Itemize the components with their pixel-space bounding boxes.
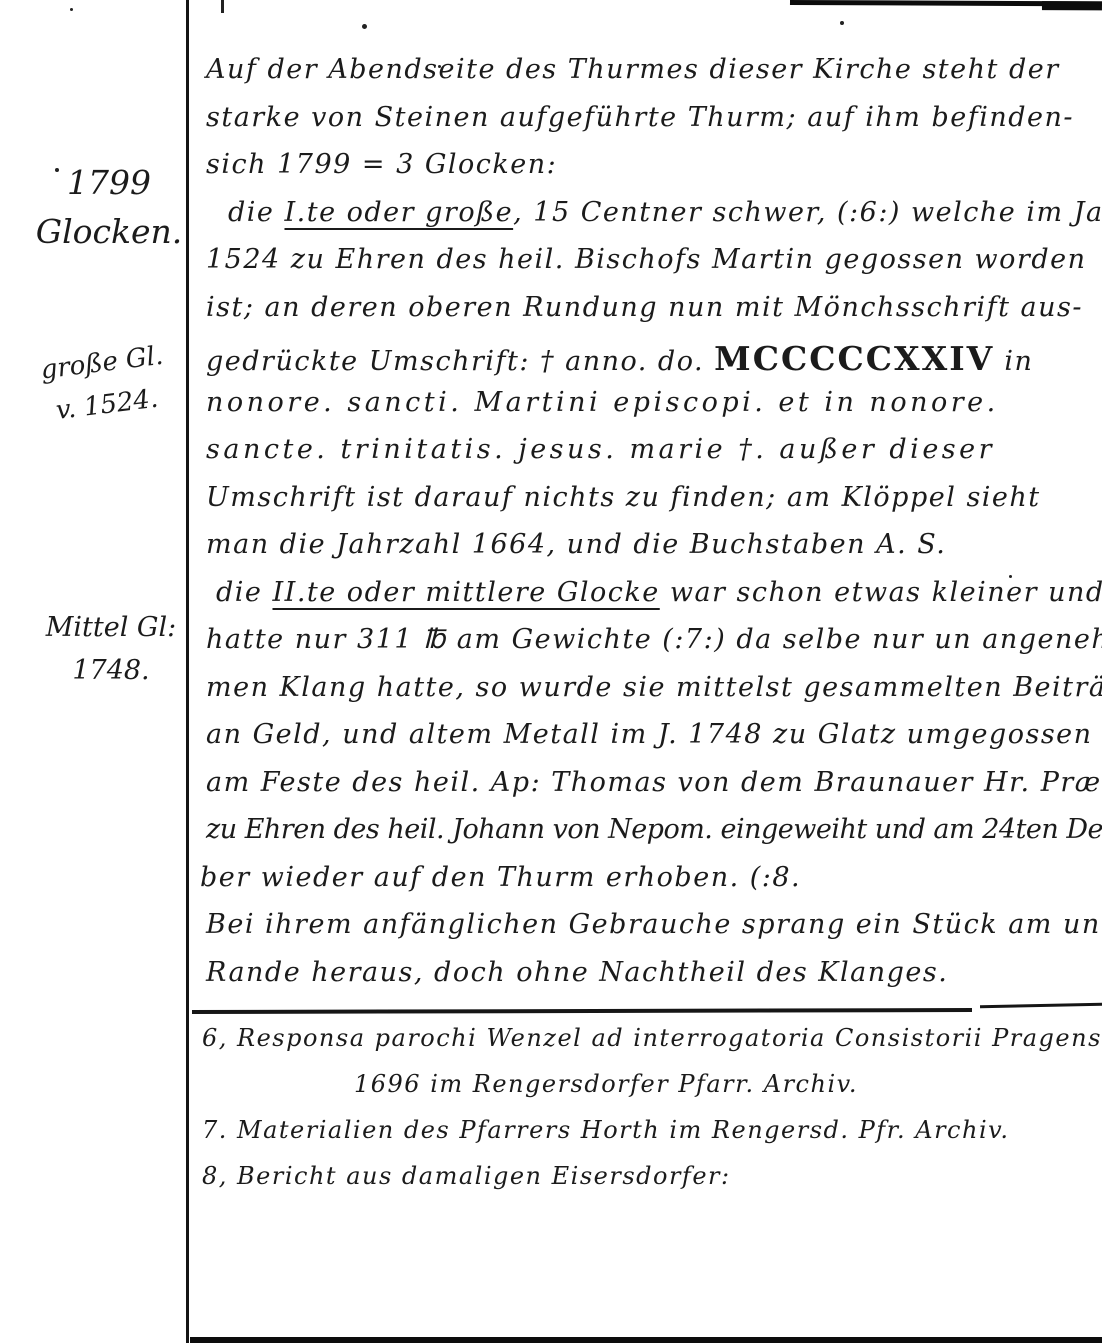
margin-note-line: Glocken. — [34, 207, 184, 256]
text-segment: die — [228, 197, 284, 228]
underlined-text: II.te oder mittlere Glocke — [272, 577, 659, 608]
text-segment: men Klang hatte, so wurde sie mittelst g… — [206, 672, 1102, 703]
manuscript-line: die I.te oder große, 15 Centner schwer, … — [228, 197, 1102, 245]
text-segment: sich 1799 = 3 Glocken: — [206, 149, 557, 180]
footnote-6-line-1: 6, Responsa parochi Wenzel ad interrogat… — [202, 1024, 1100, 1070]
text-segment: , 15 Centner schwer, (:6:) welche im Jah… — [513, 197, 1102, 228]
margin-note-mittel-glocke-1748: Mittel Gl: 1748. — [36, 606, 186, 692]
footnote-8: 8, Bericht aus damaligen Eisersdorfer: — [202, 1162, 1100, 1208]
underlined-text: I.te oder große — [284, 197, 513, 228]
manuscript-page: 1799 Glocken. große Gl. v. 1524. Mittel … — [0, 0, 1102, 1343]
manuscript-line: nonore. sancti. Martini episcopi. et in … — [206, 387, 1102, 435]
text-segment: sancte. trinitatis. jesus. marie †. auße… — [206, 434, 995, 465]
manuscript-line: sich 1799 = 3 Glocken: — [206, 149, 1102, 197]
margin-note-line: 1799 — [34, 158, 184, 207]
text-segment: 1524 zu Ehren des heil. Bischofs Martin … — [206, 244, 1086, 275]
text-segment: in — [994, 346, 1033, 377]
manuscript-line: 1524 zu Ehren des heil. Bischofs Martin … — [206, 244, 1102, 292]
manuscript-line: Rande heraus, doch ohne Nachtheil des Kl… — [206, 957, 1102, 1005]
body-text: Auf der Abendseite des Thurmes dieser Ki… — [206, 54, 1102, 1004]
manuscript-line: Bei ihrem anfänglichen Gebrauche sprang … — [206, 909, 1102, 957]
manuscript-line: sancte. trinitatis. jesus. marie †. auße… — [206, 434, 1102, 482]
manuscript-line: zu Ehren des heil. Johann von Nepom. ein… — [206, 814, 1102, 862]
text-segment: Auf der Abendseite des Thurmes dieser Ki… — [206, 54, 1060, 85]
text-segment: ber wieder auf den Thurm erhoben. (:8. — [200, 862, 801, 893]
text-segment: an Geld, und altem Metall im J. 1748 zu … — [206, 719, 1093, 750]
footnote-7: 7. Materialien des Pfarrers Horth im Ren… — [202, 1116, 1100, 1162]
manuscript-line: an Geld, und altem Metall im J. 1748 zu … — [206, 719, 1102, 767]
footnotes: 6, Responsa parochi Wenzel ad interrogat… — [202, 1024, 1100, 1208]
margin-rule — [186, 0, 189, 1343]
dust-speck — [70, 8, 73, 11]
manuscript-line: men Klang hatte, so wurde sie mittelst g… — [206, 672, 1102, 720]
manuscript-line: die II.te oder mittlere Glocke war schon… — [216, 577, 1102, 625]
text-segment: gedrückte Umschrift: † anno. do. — [206, 346, 714, 377]
manuscript-line: ber wieder auf den Thurm erhoben. (:8. — [200, 862, 1102, 910]
text-segment: war schon etwas kleiner und — [660, 577, 1102, 608]
manuscript-line: starke von Steinen aufgeführte Thurm; au… — [206, 102, 1102, 150]
dust-speck — [362, 24, 367, 29]
manuscript-line: ist; an deren oberen Rundung nun mit Mön… — [206, 292, 1102, 340]
text-segment: Umschrift ist darauf nichts zu finden; a… — [206, 482, 1041, 513]
manuscript-line: gedrückte Umschrift: † anno. do. MCCCCCX… — [206, 339, 1102, 387]
text-segment: man die Jahrzahl 1664, und die Buchstabe… — [206, 529, 946, 560]
text-segment: zu Ehren des heil. Johann von Nepom. ein… — [206, 814, 1102, 845]
text-segment: Bei ihrem anfänglichen Gebrauche sprang … — [206, 909, 1102, 940]
manuscript-line: Auf der Abendseite des Thurmes dieser Ki… — [206, 54, 1102, 102]
footnote-6-line-2: 1696 im Rengersdorfer Pfarr. Archiv. — [354, 1070, 1100, 1116]
margin-note-grosse-glocke-1524: große Gl. v. 1524. — [17, 332, 191, 435]
scan-artifact-bottom-bar — [190, 1337, 1102, 1343]
dust-speck — [840, 21, 844, 25]
text-segment: Rande heraus, doch ohne Nachtheil des Kl… — [206, 957, 948, 988]
text-segment: die — [216, 577, 272, 608]
margin-note-line: Mittel Gl: — [36, 606, 186, 649]
text-segment: starke von Steinen aufgeführte Thurm; au… — [206, 102, 1074, 133]
manuscript-line: hatte nur 311 ℔ am Gewichte (:7:) da sel… — [206, 624, 1102, 672]
margin-note-line: 1748. — [36, 649, 186, 692]
dust-speck — [221, 0, 224, 13]
manuscript-line: Umschrift ist darauf nichts zu finden; a… — [206, 482, 1102, 530]
manuscript-line: man die Jahrzahl 1664, und die Buchstabe… — [206, 529, 1102, 577]
scan-artifact-top-bar — [790, 0, 1102, 6]
margin-note-1799-glocken: 1799 Glocken. — [34, 158, 184, 256]
text-segment: am Feste des heil. Ap: Thomas von dem Br… — [206, 767, 1102, 798]
footnote-separator-rule — [192, 1008, 972, 1014]
roman-numeral-inscription: MCCCCCXXIV — [714, 339, 994, 378]
text-segment: nonore. sancti. Martini episcopi. et in … — [206, 387, 999, 418]
manuscript-line: am Feste des heil. Ap: Thomas von dem Br… — [206, 767, 1102, 815]
text-segment: ist; an deren oberen Rundung nun mit Mön… — [206, 292, 1083, 323]
text-segment: hatte nur 311 ℔ am Gewichte (:7:) da sel… — [206, 624, 1102, 655]
